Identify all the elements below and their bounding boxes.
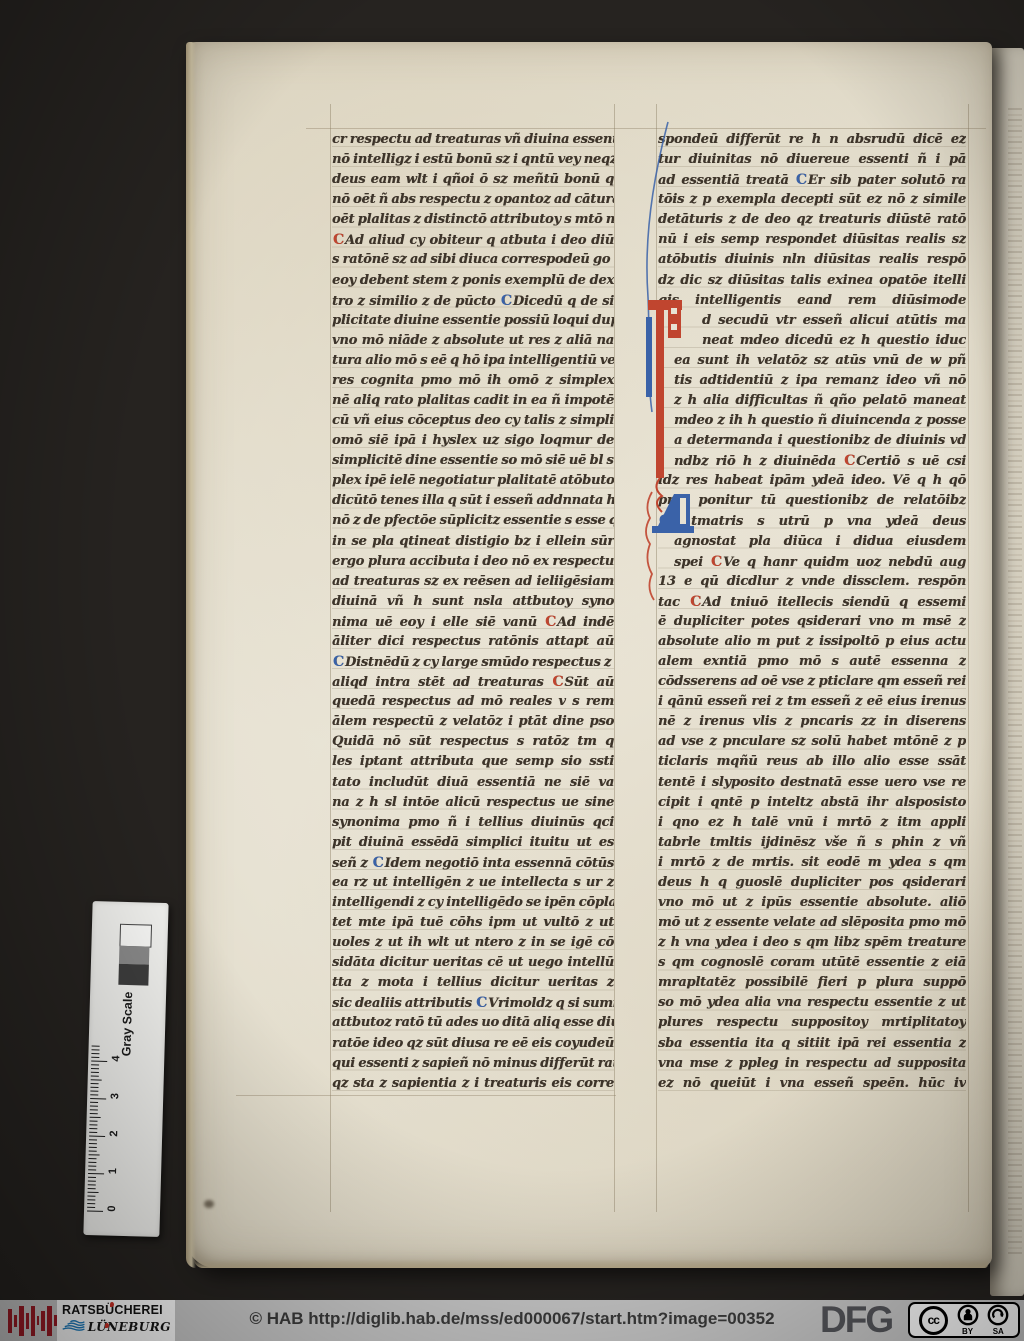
text-line: qz sta z sapientia z i treaturis eis cor… bbox=[332, 1074, 614, 1094]
red-paraph-mark: C bbox=[551, 674, 564, 690]
footer-bar: RATSBÜCHEREI LÜNEBURG © HAB http://digli… bbox=[0, 1300, 1024, 1341]
text-line: plex ipē ielē negotiatur plalitatē atōbu… bbox=[332, 471, 614, 491]
gutter-ornament bbox=[622, 112, 706, 652]
page-fore-edge bbox=[186, 42, 196, 1268]
cc-sa-label: SA bbox=[993, 1327, 1004, 1336]
text-line: ez nō queiūt i vna esseñ speēn. hūc iv bbox=[658, 1074, 966, 1094]
text-line: omō siē ipā i hyslex uz sigo loqmur de bbox=[332, 431, 614, 451]
grayscale-ruler: 01234 bbox=[83, 1039, 164, 1235]
grayscale-patch-white bbox=[119, 924, 152, 948]
text-line: tato includūt diuā essentiā ne siē va bbox=[332, 773, 614, 793]
text-line: ālem respectū z velatōz i ptāt dine pso bbox=[332, 712, 614, 732]
text-line: i qno ez h talē vnū i mrtō z itm appli bbox=[658, 813, 966, 833]
text-line: vno mō niāde z absolute ut res z aliā na bbox=[332, 331, 614, 351]
text-line: in se pla qtineat distigio bz i ellein s… bbox=[332, 532, 614, 552]
text-line: i mrtō z de mrtis. sit eodē m ydea s qm bbox=[658, 853, 966, 873]
blue-paraph-mark: C bbox=[372, 855, 385, 871]
text-line: plures respectu suppositoy mrtiplitatoy bbox=[658, 1013, 966, 1033]
text-line: mō ut z essente velate ad slēposita pmo … bbox=[658, 913, 966, 933]
red-paraph-mark: C bbox=[544, 614, 557, 630]
manuscript-page: cr respectu ad treaturas vñ diuina essen… bbox=[186, 42, 992, 1268]
text-line: cōdsserens ad oē vse z pticlare qm esseñ… bbox=[658, 672, 966, 692]
text-line: vna mse z ppleg in respectu ad supposita bbox=[658, 1054, 966, 1074]
copyright-text: © HAB http://diglib.hab.de/mss/ed000067/… bbox=[249, 1309, 774, 1329]
cc-license-badge: cc BY SA bbox=[908, 1302, 1020, 1338]
ratsbuecherei-logo: RATSBÜCHEREI LÜNEBURG bbox=[57, 1300, 175, 1341]
text-line: tro z similio z de pūcto CDicedū q de si bbox=[332, 291, 614, 311]
grayscale-card: Gray Scale 01234 bbox=[83, 901, 168, 1237]
text-line: dicūtō tenes illa q sūt i esseñ addnnata… bbox=[332, 491, 614, 511]
text-line: cr respectu ad treaturas vñ diuina essen… bbox=[332, 130, 614, 150]
text-line: tta z mota i tellius dicitur ueritas z bbox=[332, 973, 614, 993]
umlaut-red-dot-icon bbox=[110, 1302, 114, 1307]
page-bottom-edge bbox=[194, 1259, 988, 1268]
text-line: ad vse z pnculare sz solū habet mtōnē z … bbox=[658, 732, 966, 752]
text-line: intelligendi z cy intelligēdo se ipēn cō… bbox=[332, 893, 614, 913]
text-line: s qm cognoslē coram utūtē essentie z eiā bbox=[658, 953, 966, 973]
text-line: CAd aliud cy obiteur q atbuta i deo diū bbox=[332, 230, 614, 250]
text-line: sba essentia ita q sitiit ipā rei essent… bbox=[658, 1034, 966, 1054]
text-line: nima uē eoy i elle siē vanū CAd indē bbox=[332, 612, 614, 632]
photo-background: cr respectu ad treaturas vñ diuina essen… bbox=[0, 0, 1024, 1341]
text-line: z h vna ydea i deo s qm libz spēm treatu… bbox=[658, 933, 966, 953]
text-line: ticlaris mqñū reus ab illo alio esse ssā… bbox=[658, 752, 966, 772]
next-page-text-edge bbox=[1008, 108, 1022, 1256]
blue-paraph-mark: C bbox=[795, 172, 808, 188]
text-line: sidāta dicitur ueritas cē ut uego intell… bbox=[332, 953, 614, 973]
umlaut-red-dot-icon bbox=[105, 1323, 109, 1328]
text-line: cū vñ eius cōceptus deo cy talis z simpl… bbox=[332, 411, 614, 431]
text-line: nē z irenus vlis z pncaris zz in diseren… bbox=[658, 712, 966, 732]
text-line: cipit i qntē p inteltz abstā ihr alsposi… bbox=[658, 793, 966, 813]
text-line: nē aliq rato plalitas cadit in ea ñ impo… bbox=[332, 391, 614, 411]
text-line: uoles z ut ih wlt ut ntero z in se igē c… bbox=[332, 933, 614, 953]
text-line: āliter dici respectus ratōnis attapt aū bbox=[332, 632, 614, 652]
text-line: ea rz ut intelligēn z ue intellecta s ur… bbox=[332, 873, 614, 893]
text-line: Quidā nō sūt respectus s ratōz tm q bbox=[332, 732, 614, 752]
grayscale-patch-dark bbox=[118, 964, 149, 986]
ruling-line bbox=[614, 104, 615, 1212]
text-line: na z h sl intōe alicū respectus ue sine bbox=[332, 793, 614, 813]
red-paraph-mark: C bbox=[843, 453, 856, 469]
text-line: tabrle tmltis ijdinēsz vše ñ s phin z vñ bbox=[658, 833, 966, 853]
text-line: oēt plalitas z distinctō attributoy s mt… bbox=[332, 210, 614, 230]
parchment-stain bbox=[204, 1200, 214, 1208]
text-line: deus eam wlt i qñoi ō sz meñtū bonū q bbox=[332, 170, 614, 190]
ruling-line bbox=[968, 104, 969, 1212]
ruling-line bbox=[330, 104, 331, 1212]
text-line: vno mō ut z ipūs essentie absolute. aliō bbox=[658, 893, 966, 913]
text-line: i qānū esseñ rei z tm esseñ z eē eius ir… bbox=[658, 692, 966, 712]
blue-paraph-mark: C bbox=[332, 654, 345, 670]
ruler-tick-label: 0 bbox=[106, 1205, 118, 1211]
next-page-edge bbox=[990, 48, 1024, 1296]
library-city: LÜNEBURG bbox=[88, 1320, 171, 1334]
library-name: RATSBÜCHEREI bbox=[62, 1303, 171, 1317]
text-line: qui essenti z sapieñ nō minus differūt r… bbox=[332, 1054, 614, 1074]
manuscript-left-column: cr respectu ad treaturas vñ diuina essen… bbox=[332, 130, 614, 1094]
text-line: pit diuinā essēdā simplici ituitu ut es bbox=[332, 833, 614, 853]
text-line: sic dealiis attributis CVrimoldz q si su… bbox=[332, 993, 614, 1013]
ruler-tick-label: 4 bbox=[110, 1055, 122, 1062]
text-line: eoy debent stem z ponis exemplū de dex bbox=[332, 271, 614, 291]
red-paraph-mark: C bbox=[710, 554, 723, 570]
text-line: tentē i slyposito destnatā esse uero vse… bbox=[658, 773, 966, 793]
text-line: nō oēt ñ abs respectu z opantoz ad cātur… bbox=[332, 190, 614, 210]
text-line: ratōe ideo qz sūt diusa re eē eis coyude… bbox=[332, 1034, 614, 1054]
text-line: so mō ydea alia vna respectu essentie z … bbox=[658, 993, 966, 1013]
text-line: nō z de pfectōe sūplicitz essentie s ess… bbox=[332, 511, 614, 531]
text-line: ergo plura accibuta i deo nō ex respectu bbox=[332, 552, 614, 572]
text-line: nō intelligz i estū bonū sz i qntū vey n… bbox=[332, 150, 614, 170]
blue-paraph-mark: C bbox=[475, 995, 488, 1011]
text-line: synonima pmo ñ i tellius diuinūs qci bbox=[332, 813, 614, 833]
text-line: deus h q guoslē dupliciter pos qsiderari bbox=[658, 873, 966, 893]
text-line: CDistnēdū z cy large smūdo respectus z a… bbox=[332, 652, 614, 672]
cc-by-label: BY bbox=[962, 1327, 973, 1336]
red-paraph-mark: C bbox=[332, 232, 345, 248]
text-line: señ z CIdem negotiō inta essennā cōtūs bbox=[332, 853, 614, 873]
text-line: tet mte ipā tuē cōhs ipm ut vultō z ut bbox=[332, 913, 614, 933]
blue-initial bbox=[646, 492, 694, 600]
cc-by-person-icon bbox=[957, 1304, 979, 1326]
text-line: aliqd intra stēt ad treaturas CSūt aū bbox=[332, 672, 614, 692]
dfg-logo: DFG bbox=[820, 1299, 892, 1340]
ruler-tick-label: 1 bbox=[107, 1168, 119, 1174]
text-line: simplicitē dine essentie so mō siē uē bl… bbox=[332, 451, 614, 471]
text-line: mrapltatēz possibilē fieri p plura suppō bbox=[658, 973, 966, 993]
ruler-tick-label: 3 bbox=[109, 1093, 121, 1099]
cc-icon: cc bbox=[919, 1306, 948, 1335]
grayscale-patch-mid bbox=[119, 946, 149, 965]
text-line: les iptant attributa que semp sio ssti bbox=[332, 752, 614, 772]
text-line: tura alio mō s eē q hō ipa intelligentiū… bbox=[332, 351, 614, 371]
cc-sa-group: SA bbox=[987, 1304, 1009, 1336]
ruling-line bbox=[236, 1095, 616, 1096]
text-line: res cognita pmo mō ih omō z simplex bbox=[332, 371, 614, 391]
text-line: diuinā vñ h sunt nsla attbutoy syno bbox=[332, 592, 614, 612]
text-line: quedā respectus ad mō reales v s rem bbox=[332, 692, 614, 712]
text-line: alem exntiā pmo mō s autē essenna z bbox=[658, 652, 966, 672]
text-line: attbutoz ratō tū ades uo ditā aliq esse … bbox=[332, 1013, 614, 1033]
text-line: plicitate diuine essentie possiū loqui d… bbox=[332, 311, 614, 331]
ruler-tick-label: 2 bbox=[108, 1130, 120, 1136]
cc-by-group: BY bbox=[957, 1304, 979, 1336]
text-line: ad treaturas sz ex reēsen ad ieliigēsiam bbox=[332, 572, 614, 592]
waves-icon bbox=[62, 1318, 86, 1334]
blue-paraph-mark: C bbox=[500, 293, 513, 309]
cc-sa-arrow-icon bbox=[987, 1304, 1009, 1326]
text-line: s ratōnē sz ad sibi diuca correspodeū go… bbox=[332, 250, 614, 270]
